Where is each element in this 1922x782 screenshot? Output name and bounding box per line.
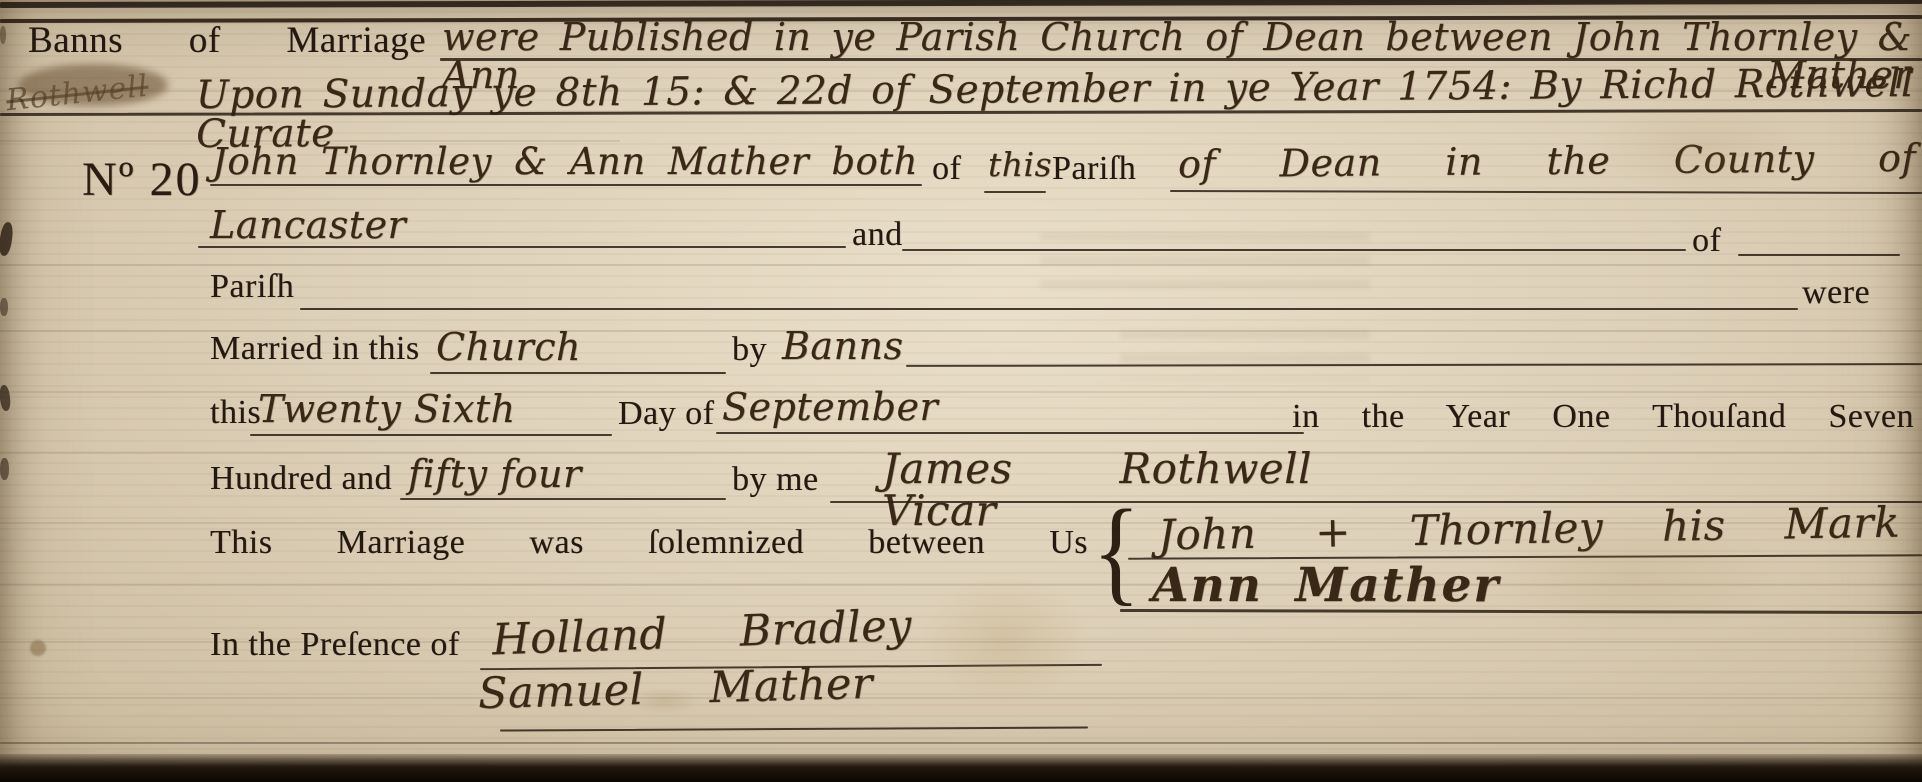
page-edge-mark <box>0 26 6 44</box>
groom-signature: John + Thornley his Mark <box>1158 502 1901 557</box>
top-rule-1 <box>0 0 1922 8</box>
year-underline <box>400 498 726 500</box>
solemnized-label: This Marriage was ſolemnized between Us <box>210 526 1088 560</box>
were-label: were <box>1802 276 1870 310</box>
witness-1-signature: Holland Bradley <box>491 605 912 663</box>
county-entry: Lancaster <box>210 206 406 244</box>
entry-number: Nº 20 <box>82 156 202 204</box>
residence-underline <box>984 191 1046 193</box>
of-underline-2 <box>1738 254 1900 256</box>
marriage-place-entry: Church <box>436 328 581 366</box>
year-printed-label: in the Year One Thouſand Seven <box>1292 400 1914 434</box>
page-edge-mark <box>0 385 11 412</box>
marriage-method-entry: Banns <box>782 327 904 365</box>
this-label: this <box>210 396 261 430</box>
marriage-day-entry: Twenty Sixth <box>258 390 516 428</box>
marriage-year-entry: fifty four <box>408 455 582 493</box>
parish-place-entry: of Dean in the County of <box>1178 139 1916 183</box>
marriage-month-entry: September <box>722 388 938 426</box>
bleed-through-text <box>1120 330 1370 380</box>
page-edge-mark <box>0 458 9 480</box>
paper-stain <box>920 575 1090 705</box>
parish-place-underline <box>1170 190 1922 194</box>
method-underline <box>906 363 1922 367</box>
and-label: and <box>852 218 903 252</box>
parish-label-2: Pariſh <box>210 270 294 304</box>
by-label: by <box>732 333 767 367</box>
bleed-through-text <box>1040 232 1370 304</box>
bottom-rule <box>0 742 1922 744</box>
by-me-label: by me <box>732 463 819 497</box>
residence-entry: this <box>988 148 1052 181</box>
parish-underline-2 <box>300 308 1798 310</box>
day-of-label: Day of <box>618 397 714 431</box>
page-edge-mark <box>0 298 8 316</box>
parish-label: Pariſh <box>1052 152 1136 186</box>
faint-rule <box>0 264 1922 266</box>
presence-of-label: In the Preſence of <box>210 628 460 662</box>
ink-smudge <box>18 64 168 106</box>
of-label: of <box>932 152 961 186</box>
page-bottom-edge <box>0 754 1922 782</box>
and-underline <box>902 249 1686 251</box>
day-underline <box>250 434 612 436</box>
place-underline <box>430 372 726 374</box>
month-underline <box>716 432 1304 434</box>
names-underline <box>210 184 922 186</box>
of-label-2: of <box>1692 224 1721 258</box>
married-in-this-label: Married in this <box>210 332 420 366</box>
page-edge-mark <box>0 221 14 256</box>
faint-rule <box>0 584 1922 586</box>
marriage-register-page: Banns of Marriage were Published in ye P… <box>0 0 1922 782</box>
bride-underline <box>1120 609 1922 614</box>
witness-2-signature: Samuel Mather <box>478 663 874 716</box>
banns-of-marriage-label: Banns of Marriage <box>28 22 426 59</box>
parties-names-entry: John Thornley & Ann Mather both <box>212 143 918 180</box>
hundred-and-label: Hundred and <box>210 462 392 496</box>
faint-rule <box>0 697 1922 699</box>
signature-brace: { <box>1092 492 1140 610</box>
county-underline <box>198 246 846 248</box>
witness-2-underline <box>500 726 1088 731</box>
bride-signature: Ann Mather <box>1152 562 1500 609</box>
